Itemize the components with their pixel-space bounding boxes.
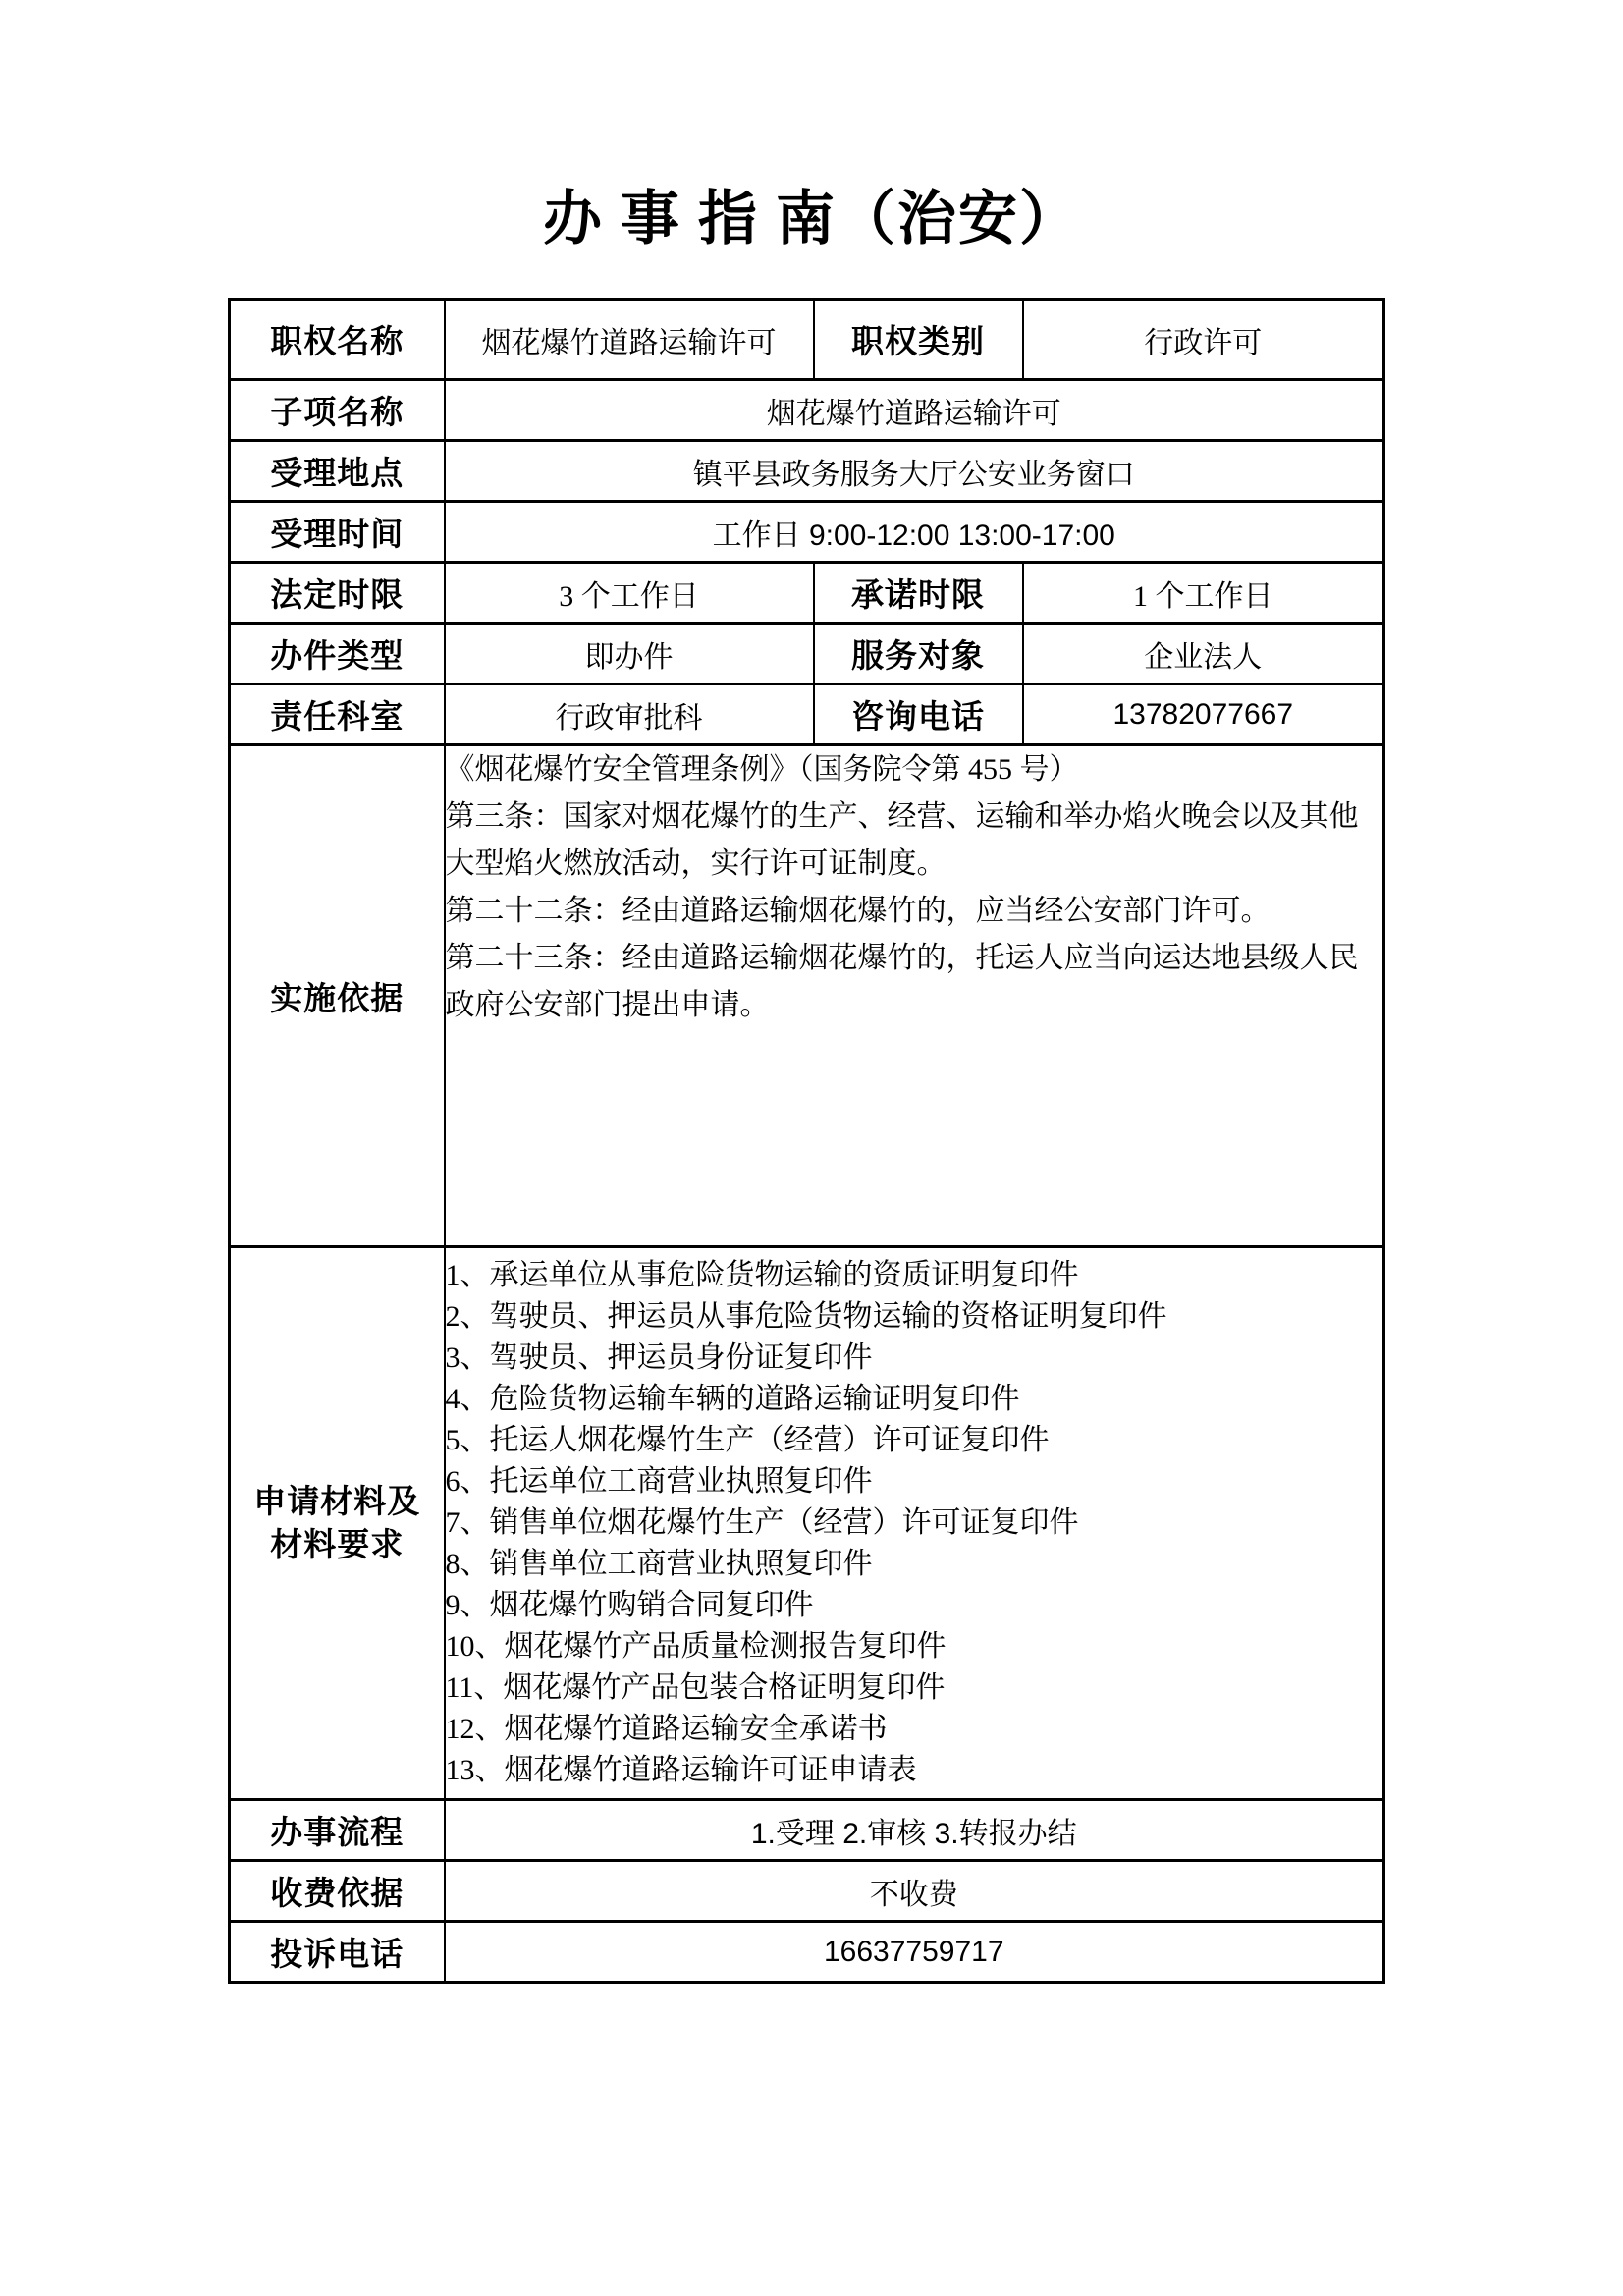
row-legal-basis: 实施依据 《烟花爆竹安全管理条例》（国务院令第 455 号）第三条：国家对烟花爆…: [230, 745, 1384, 1247]
fee-basis-value: 不收费: [445, 1861, 1384, 1922]
service-target-value: 企业法人: [1023, 624, 1384, 684]
material-item: 1、承运单位从事危险货物运输的资质证明复印件: [446, 1255, 1383, 1296]
row-department: 责任科室 行政审批科 咨询电话 13782077667: [230, 684, 1384, 745]
promise-limit-label: 承诺时限: [814, 563, 1023, 624]
legal-limit-label: 法定时限: [230, 563, 445, 624]
case-type-value: 即办件: [445, 624, 814, 684]
authority-type-label: 职权类别: [814, 300, 1023, 380]
legal-basis-text: 《烟花爆竹安全管理条例》（国务院令第 455 号）第三条：国家对烟花爆竹的生产、…: [445, 745, 1384, 1247]
process-label: 办事流程: [230, 1800, 445, 1861]
row-time-limits: 法定时限 3 个工作日 承诺时限 1 个工作日: [230, 563, 1384, 624]
sub-item-label: 子项名称: [230, 380, 445, 441]
service-guide-table: 职权名称 烟花爆竹道路运输许可 职权类别 行政许可 子项名称 烟花爆竹道路运输许…: [228, 298, 1385, 1984]
material-item: 4、危险货物运输车辆的道路运输证明复印件: [446, 1379, 1383, 1420]
legal-basis-paragraph: 第三条：国家对烟花爆竹的生产、经营、运输和举办焰火晚会以及其他大型焰火燃放活动，…: [446, 793, 1383, 888]
authority-name-value: 烟花爆竹道路运输许可: [445, 300, 814, 380]
authority-type-value: 行政许可: [1023, 300, 1384, 380]
row-complaint-phone: 投诉电话 16637759717: [230, 1922, 1384, 1983]
material-item: 12、烟花爆竹道路运输安全承诺书: [446, 1709, 1383, 1750]
legal-limit-value: 3 个工作日: [445, 563, 814, 624]
page-title: 办 事 指 南（治安）: [0, 183, 1623, 255]
legal-basis-paragraph: 第二十三条：经由道路运输烟花爆竹的，托运人应当向运达地县级人民政府公安部门提出申…: [446, 935, 1383, 1029]
accept-time-value: 工作日 9:00-12:00 13:00-17:00: [445, 502, 1384, 563]
fee-basis-label: 收费依据: [230, 1861, 445, 1922]
legal-basis-label: 实施依据: [230, 745, 445, 1247]
accept-time-label: 受理时间: [230, 502, 445, 563]
process-value: 1.受理 2.审核 3.转报办结: [445, 1800, 1384, 1861]
legal-basis-paragraph: 第二十二条：经由道路运输烟花爆竹的，应当经公安部门许可。: [446, 888, 1383, 935]
materials-list: 1、承运单位从事危险货物运输的资质证明复印件2、驾驶员、押运员从事危险货物运输的…: [445, 1247, 1384, 1800]
consult-phone-label: 咨询电话: [814, 684, 1023, 745]
complaint-phone-value: 16637759717: [445, 1922, 1384, 1983]
material-item: 11、烟花爆竹产品包装合格证明复印件: [446, 1667, 1383, 1709]
promise-limit-value: 1 个工作日: [1023, 563, 1384, 624]
case-type-label: 办件类型: [230, 624, 445, 684]
sub-item-value: 烟花爆竹道路运输许可: [445, 380, 1384, 441]
row-materials: 申请材料及 材料要求 1、承运单位从事危险货物运输的资质证明复印件2、驾驶员、押…: [230, 1247, 1384, 1800]
row-case-type: 办件类型 即办件 服务对象 企业法人: [230, 624, 1384, 684]
materials-label-line2: 材料要求: [231, 1523, 444, 1566]
materials-label: 申请材料及 材料要求: [230, 1247, 445, 1800]
responsible-dept-label: 责任科室: [230, 684, 445, 745]
material-item: 2、驾驶员、押运员从事危险货物运输的资格证明复印件: [446, 1296, 1383, 1338]
material-item: 9、烟花爆竹购销合同复印件: [446, 1585, 1383, 1626]
responsible-dept-value: 行政审批科: [445, 684, 814, 745]
material-item: 5、托运人烟花爆竹生产（经营）许可证复印件: [446, 1420, 1383, 1461]
material-item: 6、托运单位工商营业执照复印件: [446, 1461, 1383, 1503]
row-authority: 职权名称 烟花爆竹道路运输许可 职权类别 行政许可: [230, 300, 1384, 380]
material-item: 3、驾驶员、押运员身份证复印件: [446, 1338, 1383, 1379]
row-process: 办事流程 1.受理 2.审核 3.转报办结: [230, 1800, 1384, 1861]
materials-label-line1: 申请材料及: [231, 1480, 444, 1523]
row-sub-item: 子项名称 烟花爆竹道路运输许可: [230, 380, 1384, 441]
material-item: 10、烟花爆竹产品质量检测报告复印件: [446, 1626, 1383, 1667]
row-accept-time: 受理时间 工作日 9:00-12:00 13:00-17:00: [230, 502, 1384, 563]
row-accept-location: 受理地点 镇平县政务服务大厅公安业务窗口: [230, 441, 1384, 502]
accept-location-label: 受理地点: [230, 441, 445, 502]
authority-name-label: 职权名称: [230, 300, 445, 380]
document-page: 办 事 指 南（治安） 职权名称 烟花爆竹道路运输许可 职权类别 行政许可 子项…: [0, 0, 1623, 2296]
material-item: 13、烟花爆竹道路运输许可证申请表: [446, 1750, 1383, 1791]
legal-basis-paragraph: 《烟花爆竹安全管理条例》（国务院令第 455 号）: [446, 746, 1383, 793]
row-fee-basis: 收费依据 不收费: [230, 1861, 1384, 1922]
complaint-phone-label: 投诉电话: [230, 1922, 445, 1983]
material-item: 8、销售单位工商营业执照复印件: [446, 1544, 1383, 1585]
accept-location-value: 镇平县政务服务大厅公安业务窗口: [445, 441, 1384, 502]
service-target-label: 服务对象: [814, 624, 1023, 684]
consult-phone-value: 13782077667: [1023, 684, 1384, 745]
material-item: 7、销售单位烟花爆竹生产（经营）许可证复印件: [446, 1503, 1383, 1544]
